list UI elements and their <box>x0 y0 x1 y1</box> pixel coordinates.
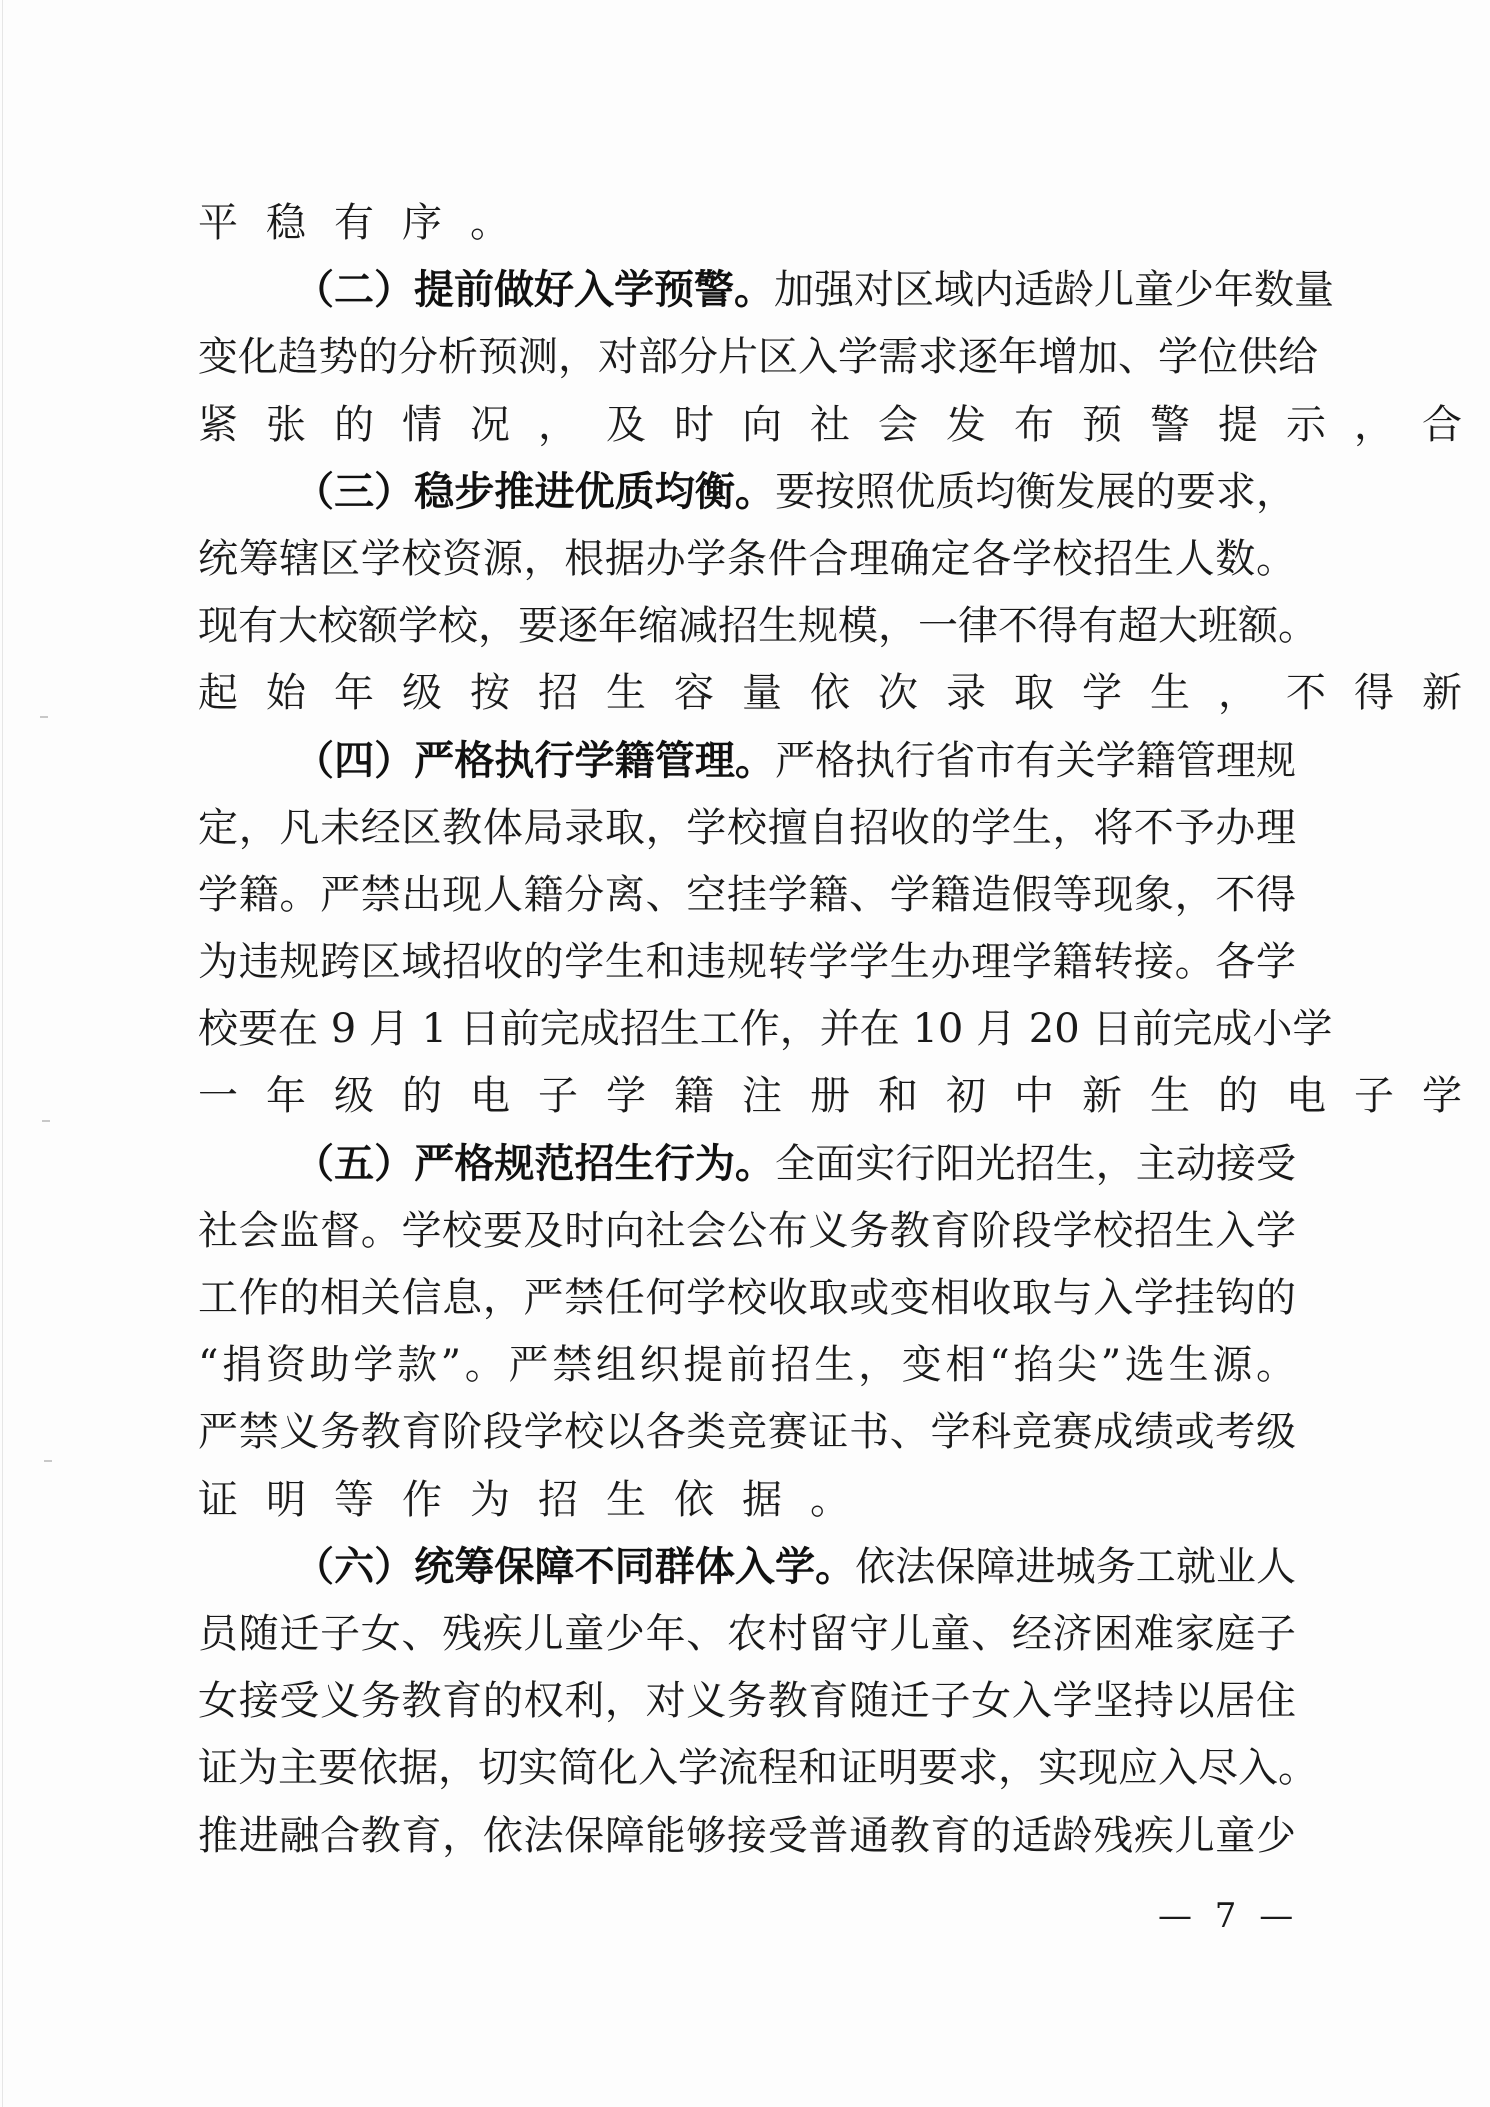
line-text: 推进融合教育，依法保障能够接受普通教育的适龄残疾儿童少 <box>198 1813 1296 1859</box>
line-text: 员随迁子女、残疾儿童少年、农村留守儿童、经济困难家庭子 <box>198 1611 1296 1657</box>
line-text: 校要在 9 月 1 日前完成招生工作，并在 10 月 20 日前完成小学 <box>198 1006 1332 1052</box>
line-text: 定，凡未经区教体局录取，学校擅自招收的学生，将不予办理 <box>198 805 1296 851</box>
section-heading: （四）严格执行学籍管理。 <box>294 738 775 784</box>
line-text: 工作的相关信息，严禁任何学校收取或变相收取与入学挂钩的 <box>198 1275 1296 1321</box>
text-line: 为违规跨区域招收的学生和违规转学学生办理学籍转接。各学 <box>198 929 1296 996</box>
text-line: 一年级的电子学籍注册和初中新生的电子学籍转接。 <box>198 1063 1296 1130</box>
line-text: 加强对区域内适龄儿童少年数量 <box>774 267 1334 313</box>
text-line: 起始年级按招生容量依次录取学生，不得新增超标准班额。 <box>198 660 1296 727</box>
scan-edge <box>2 0 3 2107</box>
text-line: 严禁义务教育阶段学校以各类竞赛证书、学科竞赛成绩或考级 <box>198 1399 1296 1466</box>
line-text: 起始年级按招生容量依次录取学生，不得新增超标准班额。 <box>198 670 1490 716</box>
text-line: 员随迁子女、残疾儿童少年、农村留守儿童、经济困难家庭子 <box>198 1601 1296 1668</box>
line-text: 为违规跨区域招收的学生和违规转学学生办理学籍转接。各学 <box>198 939 1296 985</box>
line-text: 要按照优质均衡发展的要求， <box>775 469 1296 515</box>
text-line: 证为主要依据，切实简化入学流程和证明要求，实现应入尽入。 <box>198 1735 1296 1802</box>
text-line: 现有大校额学校，要逐年缩减招生规模，一律不得有超大班额。 <box>198 593 1296 660</box>
body-text: 平稳有序。（二）提前做好入学预警。加强对区域内适龄儿童少年数量变化趋势的分析预测… <box>198 190 1296 1870</box>
paragraph-heading-line: （四）严格执行学籍管理。严格执行省市有关学籍管理规 <box>198 728 1296 795</box>
text-line: 定，凡未经区教体局录取，学校擅自招收的学生，将不予办理 <box>198 795 1296 862</box>
paragraph-heading-line: （五）严格规范招生行为。全面实行阳光招生，主动接受 <box>198 1131 1296 1198</box>
text-line: 推进融合教育，依法保障能够接受普通教育的适龄残疾儿童少 <box>198 1803 1296 1870</box>
text-line: 平稳有序。 <box>198 190 1296 257</box>
section-heading: （三）稳步推进优质均衡。 <box>294 469 775 515</box>
line-text: 一年级的电子学籍注册和初中新生的电子学籍转接。 <box>198 1073 1490 1119</box>
line-text: 平稳有序。 <box>198 200 538 246</box>
scan-speck <box>44 1460 52 1462</box>
line-text: 严禁义务教育阶段学校以各类竞赛证书、学科竞赛成绩或考级 <box>198 1409 1296 1455</box>
text-line: 紧张的情况，及时向社会发布预警提示，合理引导家长预期。 <box>198 392 1296 459</box>
line-text: 学籍。严禁出现人籍分离、空挂学籍、学籍造假等现象，不得 <box>198 872 1296 918</box>
scan-speck <box>42 1120 50 1122</box>
line-text: 依法保障进城务工就业人 <box>855 1544 1296 1590</box>
text-line: 证明等作为招生依据。 <box>198 1467 1296 1534</box>
line-text: “捐资助学款”。严禁组织提前招生，变相“掐尖”选生源。 <box>198 1342 1296 1388</box>
text-line: 社会监督。学校要及时向社会公布义务教育阶段学校招生入学 <box>198 1198 1296 1265</box>
line-text: 统筹辖区学校资源，根据办学条件合理确定各学校招生人数。 <box>198 536 1296 582</box>
page-number: — 7 — <box>1158 1896 1299 1936</box>
document-page: 平稳有序。（二）提前做好入学预警。加强对区域内适龄儿童少年数量变化趋势的分析预测… <box>0 0 1490 2107</box>
section-heading: （六）统筹保障不同群体入学。 <box>294 1544 855 1590</box>
line-text: 变化趋势的分析预测，对部分片区入学需求逐年增加、学位供给 <box>198 334 1318 380</box>
line-text: 现有大校额学校，要逐年缩减招生规模，一律不得有超大班额。 <box>198 603 1318 649</box>
line-text: 证为主要依据，切实简化入学流程和证明要求，实现应入尽入。 <box>198 1745 1318 1791</box>
text-line: 校要在 9 月 1 日前完成招生工作，并在 10 月 20 日前完成小学 <box>198 996 1296 1063</box>
text-line: 工作的相关信息，严禁任何学校收取或变相收取与入学挂钩的 <box>198 1265 1296 1332</box>
text-line: 女接受义务教育的权利，对义务教育随迁子女入学坚持以居住 <box>198 1668 1296 1735</box>
line-text: 严格执行省市有关学籍管理规 <box>775 738 1296 784</box>
section-heading: （二）提前做好入学预警。 <box>294 267 774 313</box>
section-heading: （五）严格规范招生行为。 <box>294 1141 775 1187</box>
line-text: 社会监督。学校要及时向社会公布义务教育阶段学校招生入学 <box>198 1208 1296 1254</box>
scan-speck <box>40 716 48 718</box>
text-line: 学籍。严禁出现人籍分离、空挂学籍、学籍造假等现象，不得 <box>198 862 1296 929</box>
paragraph-heading-line: （三）稳步推进优质均衡。要按照优质均衡发展的要求， <box>198 459 1296 526</box>
line-text: 紧张的情况，及时向社会发布预警提示，合理引导家长预期。 <box>198 402 1490 448</box>
text-line: 统筹辖区学校资源，根据办学条件合理确定各学校招生人数。 <box>198 526 1296 593</box>
line-text: 全面实行阳光招生，主动接受 <box>775 1141 1296 1187</box>
line-text: 证明等作为招生依据。 <box>198 1477 878 1523</box>
paragraph-heading-line: （六）统筹保障不同群体入学。依法保障进城务工就业人 <box>198 1534 1296 1601</box>
text-line: “捐资助学款”。严禁组织提前招生，变相“掐尖”选生源。 <box>198 1332 1296 1399</box>
line-text: 女接受义务教育的权利，对义务教育随迁子女入学坚持以居住 <box>198 1678 1296 1724</box>
paragraph-heading-line: （二）提前做好入学预警。加强对区域内适龄儿童少年数量 <box>198 257 1296 324</box>
text-line: 变化趋势的分析预测，对部分片区入学需求逐年增加、学位供给 <box>198 324 1296 391</box>
